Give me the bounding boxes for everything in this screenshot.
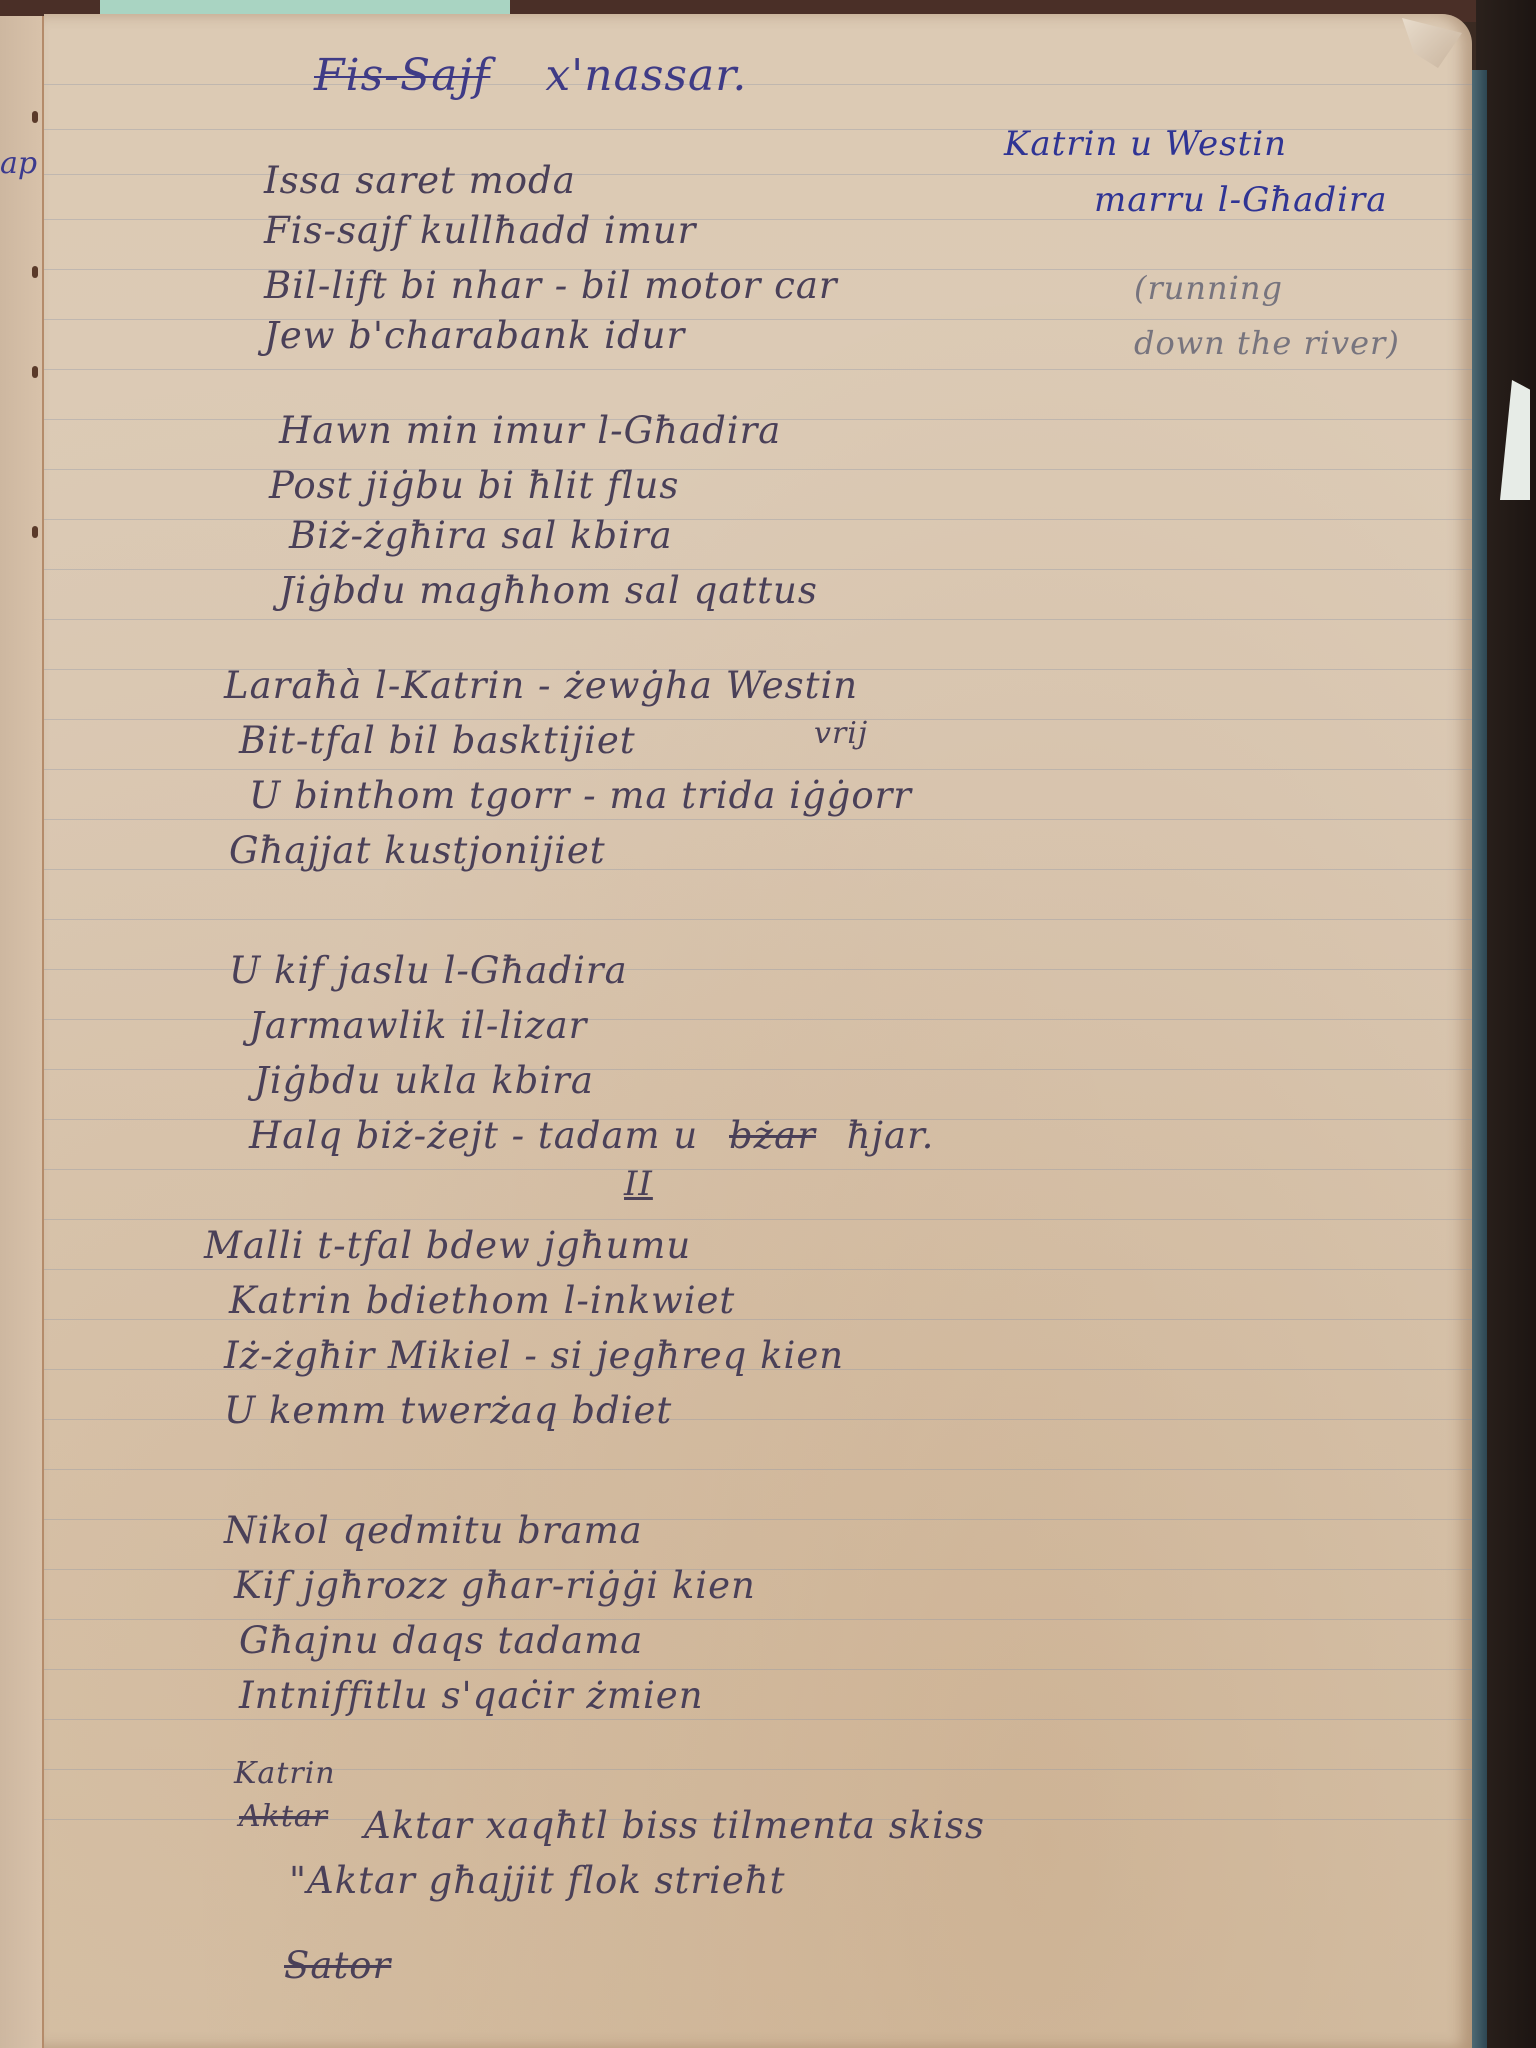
ruled-line bbox=[44, 174, 1472, 175]
page-title: Fis-Sajf x'nassar. bbox=[314, 50, 747, 101]
ruled-line bbox=[44, 84, 1472, 85]
verse-line: "Aktar għajjit flok strieħt bbox=[289, 1859, 785, 1902]
ruled-line bbox=[44, 919, 1472, 920]
verse-line-end: ħjar. bbox=[847, 1114, 935, 1157]
struck-word: bżar bbox=[729, 1114, 816, 1157]
ruled-line bbox=[44, 619, 1472, 620]
verse-line-text: Halq biż-żejt - tadam u bbox=[249, 1114, 698, 1157]
verse-line: Post jiġbu bi ħlit flus bbox=[269, 464, 679, 507]
verse-line: U binthom tgorr - ma trida iġġorr bbox=[249, 774, 912, 817]
left-page-edge: ap bbox=[0, 16, 45, 2048]
ruled-line bbox=[44, 1469, 1472, 1470]
ruled-line bbox=[44, 1219, 1472, 1220]
verse-line: Issa saret moda bbox=[264, 159, 576, 202]
verse-line: U kemm twerżaq bdiet bbox=[224, 1389, 672, 1432]
ruled-line bbox=[44, 369, 1472, 370]
verse-line: U kif jaslu l-Għadira bbox=[229, 949, 628, 992]
struck-word: Sator bbox=[284, 1944, 391, 1987]
binding-stitch bbox=[32, 526, 38, 538]
margin-note-blue: Katrin u Westin bbox=[1004, 124, 1287, 164]
ruled-line bbox=[44, 1719, 1472, 1720]
verse-line: Katrin bdiethom l-inkwiet bbox=[229, 1279, 735, 1322]
margin-note-pencil: (running bbox=[1134, 269, 1283, 307]
ruled-line bbox=[44, 769, 1472, 770]
margin-note-blue: marru l-Għadira bbox=[1094, 180, 1388, 220]
verse-line: Hawn min imur l-Għadira bbox=[279, 409, 781, 452]
verse-line: Fis-sajf kullħadd imur bbox=[264, 209, 696, 252]
speaker-replacement: Katrin bbox=[234, 1756, 336, 1791]
verse-line: Aktar xaqħtl biss tilmenta skiss bbox=[364, 1804, 985, 1847]
ruled-line bbox=[44, 469, 1472, 470]
verse-line: Malli t-tfal bdew jgħumu bbox=[204, 1224, 691, 1267]
binding-stitch bbox=[32, 266, 38, 278]
left-page-ink-fragment: ap bbox=[0, 146, 37, 181]
verse-line: Iż-żgħir Mikiel - si jegħreq kien bbox=[224, 1334, 844, 1377]
title-rest: x'nassar. bbox=[545, 50, 747, 101]
ruled-line bbox=[44, 1169, 1472, 1170]
verse-line: Jiġbdu ukla kbira bbox=[254, 1059, 594, 1102]
speaker-struck: Aktar bbox=[239, 1799, 328, 1834]
page-corner-fold bbox=[1402, 18, 1462, 68]
verse-line: Għajjat kustjonijiet bbox=[229, 829, 606, 872]
verse-line: Jiġbdu magħhom sal qattus bbox=[279, 569, 818, 612]
verse-line: Intniffitlu s'qaċir żmien bbox=[239, 1674, 704, 1717]
verse-line: Nikol qedmitu brama bbox=[224, 1509, 643, 1552]
verse-line: Bit-tfal bil basktijiet bbox=[239, 719, 636, 762]
verse-line: Halq biż-żejt - tadam u bżar ħjar. bbox=[249, 1114, 934, 1157]
notebook-page: Fis-Sajf x'nassar. Katrin u Westin marru… bbox=[44, 14, 1472, 2048]
section-marker: II bbox=[624, 1164, 653, 1204]
ruled-line bbox=[44, 1669, 1472, 1670]
verse-line: Biż-żgħira sal kbira bbox=[289, 514, 673, 557]
ruled-line bbox=[44, 819, 1472, 820]
verse-line: Għajnu daqs tadama bbox=[239, 1619, 643, 1662]
margin-note-pencil: down the river) bbox=[1134, 324, 1400, 362]
binding-stitch bbox=[32, 366, 38, 378]
verse-line: Kif jgħrozz għar-riġġi kien bbox=[234, 1564, 756, 1607]
ruled-line bbox=[44, 519, 1472, 520]
ruled-line bbox=[44, 1269, 1472, 1270]
binding-stitch bbox=[32, 111, 38, 123]
verse-line: Bil-lift bi nhar - bil motor car bbox=[264, 264, 838, 307]
verse-line: Jew b'charabank idur bbox=[264, 314, 685, 357]
verse-line: Jarmawlik il-lizar bbox=[249, 1004, 587, 1047]
title-struck-part: Fis-Sajf bbox=[314, 50, 490, 101]
verse-line: Laraħà l-Katrin - żewġha Westin bbox=[224, 664, 858, 707]
ruled-line bbox=[44, 319, 1472, 320]
inline-insert: vrij bbox=[814, 716, 868, 751]
